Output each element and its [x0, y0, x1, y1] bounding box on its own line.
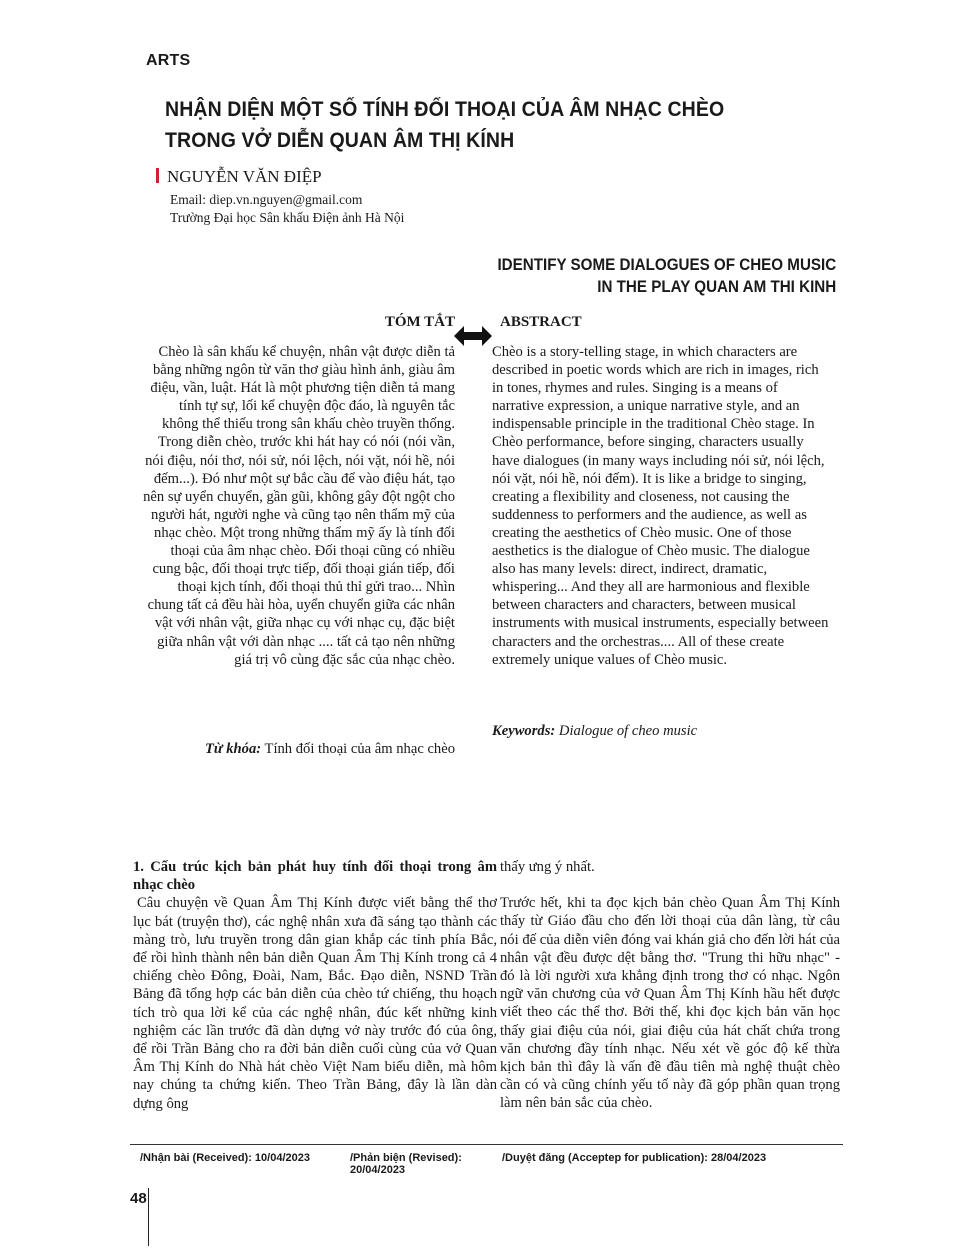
abstract-en-heading: ABSTRACT — [500, 314, 582, 331]
abstract-en-text: Chèo is a story-telling stage, in which … — [492, 343, 832, 669]
title-vi-line-1: NHẬN DIỆN MỘT SỐ TÍNH ĐỐI THOẠI CỦA ÂM N… — [165, 94, 816, 125]
author-details: Email: diep.vn.nguyen@gmail.com Trường Đ… — [170, 191, 404, 227]
publication-dates: /Nhận bài (Received): 10/04/2023 /Phản b… — [140, 1152, 850, 1176]
title-vi-line-2: TRONG VỞ DIỄN QUAN ÂM THỊ KÍNH — [165, 125, 816, 156]
double-arrow-icon — [454, 326, 492, 346]
section-heading: 1. Cấu trúc kịch bản phát huy tính đối t… — [133, 858, 497, 894]
author-name: NGUYỄN VĂN ĐIỆP — [167, 167, 322, 186]
article-title-vi: NHẬN DIỆN MỘT SỐ TÍNH ĐỐI THOẠI CỦA ÂM N… — [165, 94, 816, 156]
author-accent-bar — [156, 168, 159, 183]
body-paragraph-continuation: thấy ưng ý nhất. — [500, 858, 840, 876]
author-affiliation: Trường Đại học Sân khấu Điện ảnh Hà Nội — [170, 209, 404, 227]
page-number: 48 — [130, 1190, 147, 1207]
keywords-vi-value: Tính đối thoại của âm nhạc chèo — [265, 741, 455, 757]
keywords-en: Keywords: Dialogue of cheo music — [492, 723, 697, 740]
title-en-line-2: IN THE PLAY QUAN AM THI KINH — [497, 276, 836, 298]
revised-date: /Phản biện (Revised): 20/04/2023 — [350, 1152, 502, 1176]
accepted-date: /Duyệt đăng (Acceptep for publication): … — [502, 1152, 832, 1176]
author-email: Email: diep.vn.nguyen@gmail.com — [170, 191, 404, 209]
keywords-vi: Từ khóa: Tính đối thoại của âm nhạc chèo — [205, 741, 455, 758]
author: NGUYỄN VĂN ĐIỆP — [156, 167, 322, 187]
article-title-en: IDENTIFY SOME DIALOGUES OF CHEO MUSIC IN… — [497, 254, 836, 298]
keywords-en-value: Dialogue of cheo music — [559, 723, 697, 739]
body-column-right: thấy ưng ý nhất. Trước hết, khi ta đọc k… — [500, 858, 840, 1113]
body-paragraph: Trước hết, khi ta đọc kịch bản chèo Quan… — [500, 894, 840, 1112]
title-en-line-1: IDENTIFY SOME DIALOGUES OF CHEO MUSIC — [497, 254, 836, 276]
section-label: ARTS — [146, 52, 190, 70]
keywords-en-label: Keywords: — [492, 723, 555, 739]
abstract-vi-heading: TÓM TẮT — [385, 314, 455, 331]
abstract-vi-text: Chèo là sân khấu kể chuyện, nhân vật đượ… — [140, 343, 455, 669]
body-column-left: 1. Cấu trúc kịch bản phát huy tính đối t… — [133, 858, 497, 1113]
footer-divider — [130, 1144, 843, 1145]
page-number-rule — [148, 1188, 149, 1246]
body-paragraph: Câu chuyện về Quan Âm Thị Kính được viết… — [133, 894, 497, 1112]
received-date: /Nhận bài (Received): 10/04/2023 — [140, 1152, 350, 1176]
keywords-vi-label: Từ khóa: — [205, 741, 261, 757]
